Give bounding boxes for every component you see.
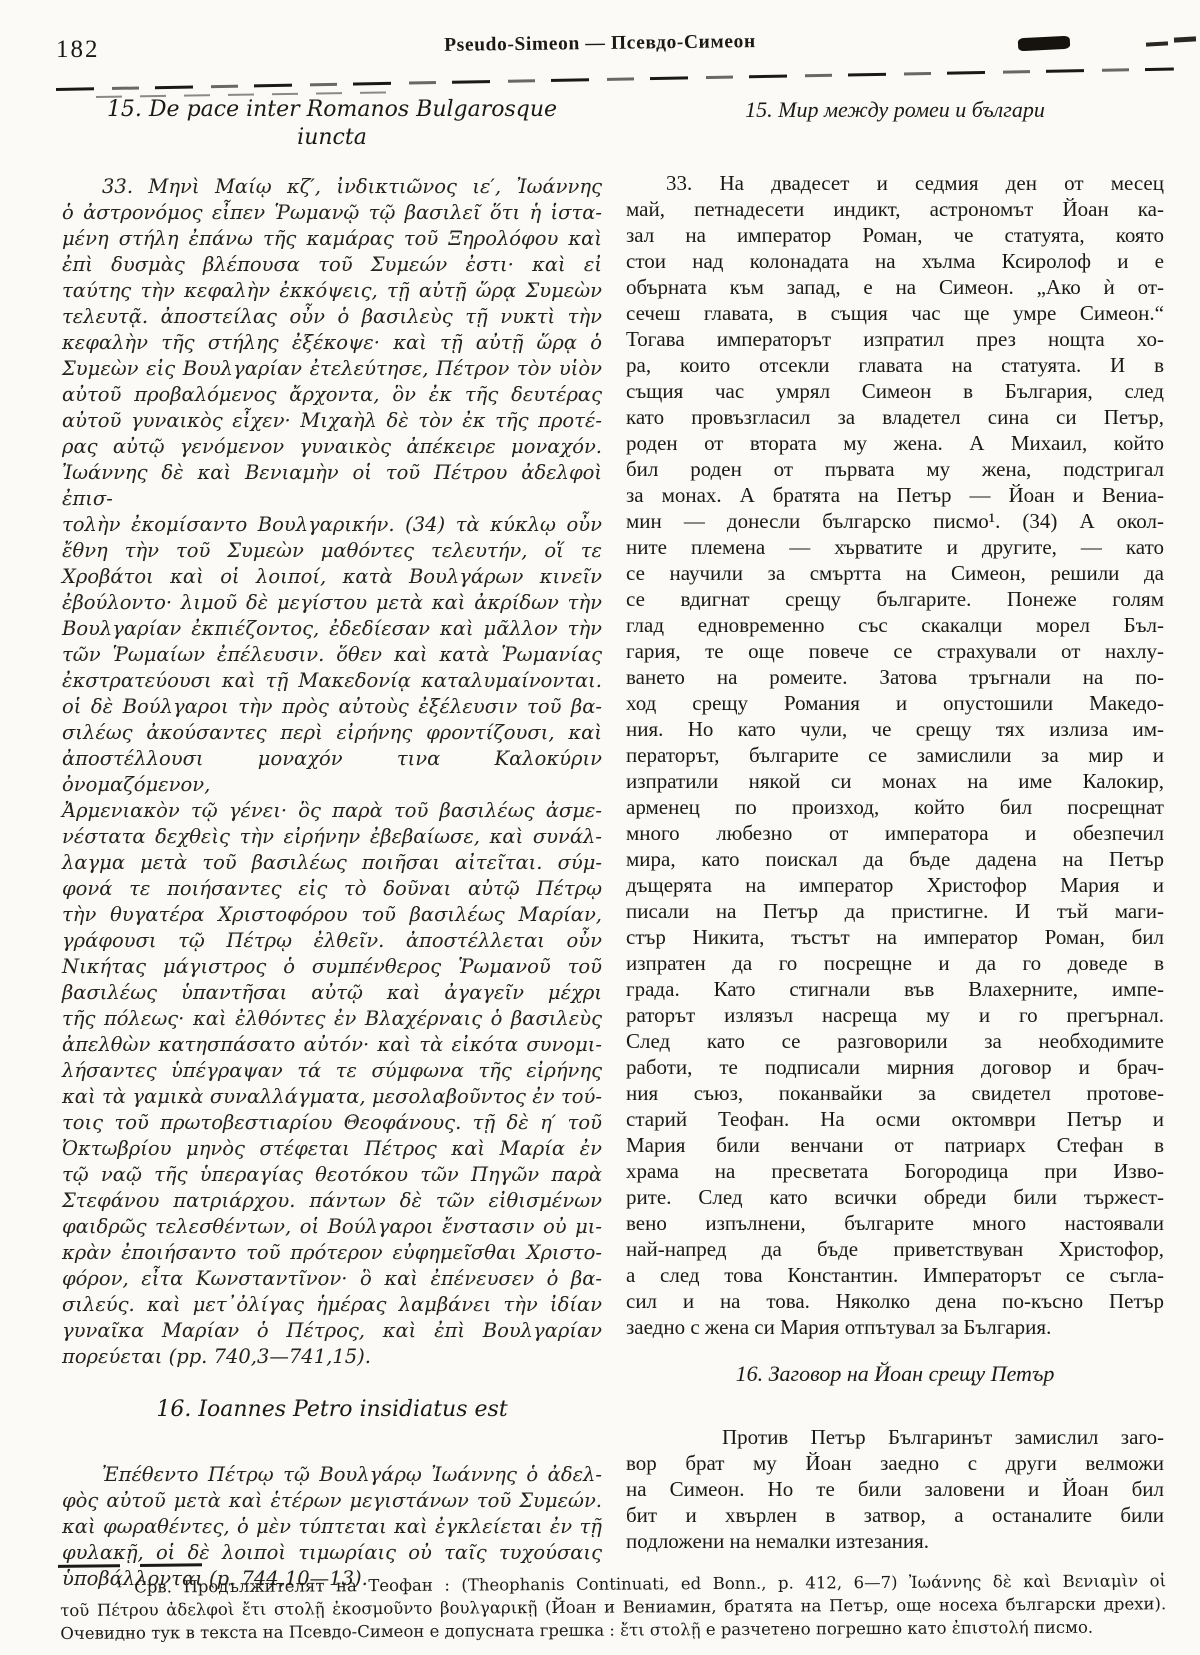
section-16-title-bulgarian: 16. Заговор на Йоан срещу Петър: [626, 1360, 1164, 1388]
text-line: изпратили някой си монах на име Калокир,: [626, 768, 1164, 794]
text-line: се вдигнат срещу българите. Понеже голям: [626, 586, 1164, 612]
text-line: τὴν θυγατέρα Χριστοφόρου τοῦ βασιλέως Μα…: [62, 902, 602, 928]
text-line: μένη στήλη ἐπάνω τῆς καμάρας τοῦ Ξηρολόφ…: [62, 226, 602, 252]
text-line: обърната към запад, е на Симеон. „Ако ѝ …: [626, 274, 1164, 300]
text-line: заедно с жена си Мария отпътувал за Бълг…: [626, 1314, 1164, 1340]
text-line: ὁ ἀστρονόμος εἶπεν Ῥωμανῷ τῷ βασιλεῖ ὅτι…: [62, 200, 602, 226]
greek-column: 15. De pace inter Romanos Bulgarosqueiun…: [62, 96, 602, 1592]
text-line: изпратен да го посрещне и да го доведе в: [626, 950, 1164, 976]
text-line: Χροβάτοι καὶ οἱ λοιποί, κατὰ Βουλγάρων κ…: [62, 564, 602, 590]
text-line: гария, те още повече се страхували от на…: [626, 638, 1164, 664]
text-line: на Симеон. Но те били заловени и Йоан би…: [626, 1476, 1164, 1502]
text-line: работи, те подписали мирния договор и бр…: [626, 1054, 1164, 1080]
text-line: подложени на немалки изтезания.: [626, 1528, 1164, 1554]
text-line: Ὀκτωβρίου μηνὸς στέφεται Πέτρος καὶ Μαρί…: [62, 1136, 602, 1162]
text-line: вено изпълнени, българите много настоява…: [626, 1210, 1164, 1236]
text-line: Στεφάνου πατριάρχου. πάντων δὲ τῶν εἰθισ…: [62, 1188, 602, 1214]
text-line: ἐκστρατεύουσι καὶ τῇ Μακεδονίᾳ καταλυμαί…: [62, 668, 602, 694]
section-15-bulgarian-text: 33. На двадесет и седмия ден от месецмай…: [626, 170, 1164, 1340]
text-line: като провъзгласил за владетел сина си Пе…: [626, 404, 1164, 430]
text-line: τῶν Ῥωμαίων ἐπέλευσιν. ὅθεν καὶ κατὰ Ῥωμ…: [62, 642, 602, 668]
text-line: а след това Константин. Императорът се с…: [626, 1262, 1164, 1288]
text-line: 16. Заговор на Йоан срещу Петър: [626, 1360, 1164, 1388]
text-line: φὸς αὐτοῦ μετὰ καὶ ἑτέρων μεγιστάνων τοῦ…: [62, 1488, 602, 1514]
text-line: ра, които отсекли главата на статуята. И…: [626, 352, 1164, 378]
text-line: φυλακῇ, οἱ δὲ λοιποὶ τιμωρίαις οὐ ταῖς τ…: [62, 1540, 602, 1566]
text-line: бил роден от първата му жена, подстригал: [626, 456, 1164, 482]
text-line: стои над колонадата на хълма Ксиролоф и …: [626, 248, 1164, 274]
text-line: града. Като стигнали във Влахерните, имп…: [626, 976, 1164, 1002]
text-line: сил и на това. Няколко дена по-късно Пет…: [626, 1288, 1164, 1314]
section-15-title-bulgarian: 15. Мир между ромеи и българи: [626, 96, 1164, 124]
text-line: ването на ромеите. Затова тръгнали на по…: [626, 664, 1164, 690]
text-line: κρὰν ἐποιήσαντο τοῦ πρότερον εὐφημεῖσθαι…: [62, 1240, 602, 1266]
text-line: βασιλέως ὑπαντῆσαι αὐτῷ καὶ ἀγαγεῖν μέχρ…: [62, 980, 602, 1006]
text-line: старий Теофан. На осми октомври Петър и: [626, 1106, 1164, 1132]
text-line: май, петнадесети индикт, астрономът Йоан…: [626, 196, 1164, 222]
text-line: ρας αὐτῷ γενόμενον γυναικὸς ἀπέκειρε μον…: [62, 434, 602, 460]
text-line: Βουλγαρίαν ἐκπιέζοντος, ἐδεδίεσαν καὶ μᾶ…: [62, 616, 602, 642]
text-line: Ἐπέθεντο Πέτρῳ τῷ Βουλγάρῳ Ἰωάννης ὁ ἀδε…: [62, 1462, 602, 1488]
text-line: αὐτοῦ γυναικὸς εἶχεν· Μιχαὴλ δὲ τὸν ἐκ τ…: [62, 408, 602, 434]
text-line: πορεύεται (pp. 740,3—741,15).: [62, 1344, 602, 1370]
text-line: мира, като поискал да бъде дадена на Пет…: [626, 846, 1164, 872]
text-line: καὶ φωραθέντες, ὁ μὲν τύπτεται καὶ ἐγκλε…: [62, 1514, 602, 1540]
text-line: φαιδρῶς τελεσθέντων, οἱ Βούλγαροι ἔνστασ…: [62, 1214, 602, 1240]
text-line: ните племена — хърватите и другите, — ка…: [626, 534, 1164, 560]
footnote: ¹ Срв. Продължителят на Теофан : (Theoph…: [60, 1569, 1166, 1645]
text-line: рите. След като всички обреди били търже…: [626, 1184, 1164, 1210]
text-line: След като се разговорили за необходимите: [626, 1028, 1164, 1054]
text-line: Против Петър Българинът замислил заго-: [626, 1424, 1164, 1450]
text-line: 15. De pace inter Romanos Bulgarosque: [62, 96, 602, 124]
text-line: τῆς πόλεως· καὶ ἐλθόντες ἐν Βλαχέρναις ὁ…: [62, 1006, 602, 1032]
text-line: Ἰωάννης δὲ καὶ Βενιαμὴν οἱ τοῦ Πέτρου ἀδ…: [62, 460, 602, 512]
text-line: много любезно от императора и обезпечил: [626, 820, 1164, 846]
text-line: най-напред да бъде приветствуван Христоф…: [626, 1236, 1164, 1262]
text-line: дъщерята на император Христофор Мария и: [626, 872, 1164, 898]
text-line: вор брат му Йоан заедно с други велможи: [626, 1450, 1164, 1476]
text-line: οἱ δὲ Βούλγαροι τὴν πρὸς αὐτοὺς ἐξέλευσι…: [62, 694, 602, 720]
text-line: 33. На двадесет и седмия ден от месец: [626, 170, 1164, 196]
text-line: глад едновременно със скакалци морел Бъл…: [626, 612, 1164, 638]
text-line: се научили за смъртта на Симеон, решили …: [626, 560, 1164, 586]
text-line: мин — донесли българско писмо¹. (34) А о…: [626, 508, 1164, 534]
text-line: ταύτης τὴν κεφαλὴν ἐκκόψεις, τῇ αὐτῇ ὥρᾳ…: [62, 278, 602, 304]
text-line: ἔθνη τὴν τοῦ Συμεὼν μαθόντες τελευτήν, ο…: [62, 538, 602, 564]
text-line: ἀπελθὼν κατησπάσατο αὐτόν· καὶ τὰ εἰκότα…: [62, 1032, 602, 1058]
header-rule: [56, 68, 1174, 91]
text-line: роден от втората му жена. А Михаил, койт…: [626, 430, 1164, 456]
text-line: γυναῖκα Μαρίαν ὁ Πέτρος, καὶ ἐπὶ Βουλγαρ…: [62, 1318, 602, 1344]
text-line: сечеш главата, в същия час ще умре Симео…: [626, 300, 1164, 326]
text-line: iuncta: [62, 124, 602, 152]
text-line: τολὴν ἐκομίσαντο Βουλγαρικήν. (34) τὰ κύ…: [62, 512, 602, 538]
text-line: ния съюз, поканвайки за свидетел протове…: [626, 1080, 1164, 1106]
text-line: καὶ τὰ γαμικὰ συναλλάγματα, μεσολαβοῦντο…: [62, 1084, 602, 1110]
text-line: Νικήτας μάγιστρος ὁ συμπένθερος Ῥωμανοῦ …: [62, 954, 602, 980]
text-line: σιλεύς. καὶ μετ᾽ὀλίγας ἡμέρας λαμβάνει τ…: [62, 1292, 602, 1318]
text-line: λήσαντες ὑπέγραψαν τά τε σύμφωνα τῆς εἰρ…: [62, 1058, 602, 1084]
text-line: λαγμα μετὰ τοῦ βασιλέως ποιῆσαι αἰτεῖται…: [62, 850, 602, 876]
text-line: арменец по произход, който бил посрещнат: [626, 794, 1164, 820]
text-line: κεφαλὴν τῆς στήλης ἐξέκοψε· καὶ τῇ αὐτῇ …: [62, 330, 602, 356]
text-line: 33. Μηνὶ Μαίῳ κζ′, ἰνδικτιῶνος ιε′, Ἰωάν…: [62, 174, 602, 200]
section-15-title-latin: 15. De pace inter Romanos Bulgarosqueiun…: [62, 96, 602, 152]
text-line: бит и хвърлен в затвор, а останалите бил…: [626, 1502, 1164, 1528]
section-16-title-latin: 16. Ioannes Petro insidiatus est: [62, 1396, 602, 1424]
text-line: σιλέως ἀκούσαντες περὶ εἰρήνης φροντίζου…: [62, 720, 602, 746]
text-line: γράφουσι τῷ Πέτρῳ ἐλθεῖν. ἀποστέλλεται ο…: [62, 928, 602, 954]
text-line: ἐβούλοντο· λιμοῦ δὲ μεγίστου μετὰ καὶ ἀκ…: [62, 590, 602, 616]
text-line: Тогава императорът изпратил през нощта х…: [626, 326, 1164, 352]
text-line: νέστατα δεχθεὶς τὴν εἰρήνην ἐβεβαίωσε, κ…: [62, 824, 602, 850]
text-line: τῷ ναῷ τῆς ὑπεραγίας θεοτόκου τῶν Πηγῶν …: [62, 1162, 602, 1188]
text-line: стър Никита, тъстът на император Роман, …: [626, 924, 1164, 950]
text-line: τοις τοῦ πρωτοβεστιαρίου Θεοφάνους. τῇ δ…: [62, 1110, 602, 1136]
text-line: ἐπὶ δυσμὰς βλέπουσα τοῦ Συμεών ἐστι· καὶ…: [62, 252, 602, 278]
text-line: Мария били венчани от патриарх Стефан в: [626, 1132, 1164, 1158]
text-line: зал на император Роман, че статуята, коя…: [626, 222, 1164, 248]
section-15-greek-text: 33. Μηνὶ Μαίῳ κζ′, ἰνδικτιῶνος ιε′, Ἰωάν…: [62, 174, 602, 1370]
text-line: храма на пресветата Богородица при Изво-: [626, 1158, 1164, 1184]
text-line: φόρον, εἶτα Κωνσταντῖνον· ὃ καὶ ἐπένευσε…: [62, 1266, 602, 1292]
ink-blot: [1018, 36, 1071, 52]
text-line: Ἀρμενιακὸν τῷ γένει· ὃς παρὰ τοῦ βασιλέω…: [62, 798, 602, 824]
text-line: αὐτοῦ προβαλόμενος ἄρχοντα, ὃν ἐκ τῆς δε…: [62, 382, 602, 408]
text-line: раторът излязъл насреща му и го прегърна…: [626, 1002, 1164, 1028]
text-line: ἀποστέλλουσι μοναχόν τινα Καλοκύριν ὀνομ…: [62, 746, 602, 798]
text-line: φονά τε ποιήσαντες εἰς τὸ δοῦναι αὐτῷ Πέ…: [62, 876, 602, 902]
text-line: същия час умрял Симеон в България, след: [626, 378, 1164, 404]
text-line: ператорът, българите се замислили за мир…: [626, 742, 1164, 768]
text-line: ход срещу Романия и опустошили Македо-: [626, 690, 1164, 716]
scanned-page: 182 Pseudo-Simeon — Псевдо-Симеон 15. De…: [0, 0, 1200, 1655]
bulgarian-column: 15. Мир между ромеи и българи 33. На два…: [626, 96, 1164, 1554]
text-line: Συμεὼν εἰς Βουλγαρίαν ἐτελεύτησε, Πέτρον…: [62, 356, 602, 382]
text-line: τελευτᾷ. ἀποστείλας οὖν ὁ βασιλεὺς τῇ νυ…: [62, 304, 602, 330]
text-line: за монах. А братята на Петър — Йоан и Ве…: [626, 482, 1164, 508]
text-line: ния. Но като чули, че срещу тях излиза и…: [626, 716, 1164, 742]
text-line: писали на Петър да пристигне. И тъй маги…: [626, 898, 1164, 924]
text-line: 15. Мир между ромеи и българи: [626, 96, 1164, 124]
text-line: 16. Ioannes Petro insidiatus est: [62, 1396, 602, 1424]
section-16-bulgarian-text: Против Петър Българинът замислил заго-во…: [626, 1424, 1164, 1554]
